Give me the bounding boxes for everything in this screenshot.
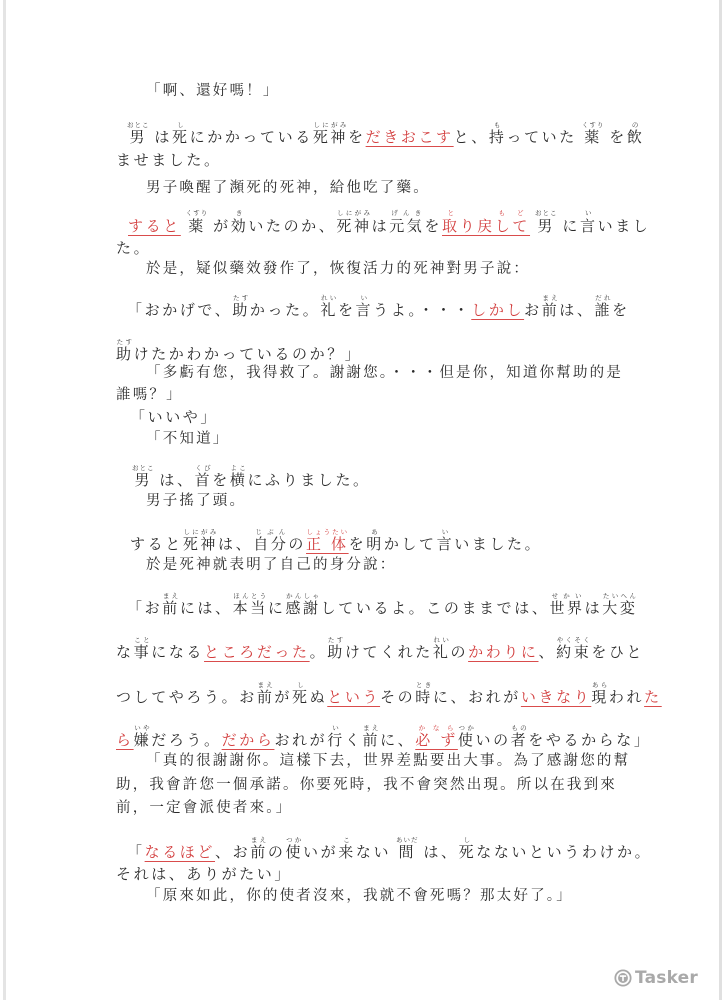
kanji-base: 現: [591, 688, 609, 706]
text-segment: 薬くすり: [584, 128, 602, 146]
text-segment: 助たす: [232, 301, 250, 319]
text-segment: 助，我會許您一個承諾。你要死時，我不會突然出現。所以在我到來: [116, 777, 617, 793]
text-segment: 男子喚醒了瀕死的死神，給他吃了藥。: [146, 180, 430, 196]
text-segment: の: [450, 643, 468, 661]
text-segment: いたのか、: [248, 217, 336, 235]
furigana-group: 正 体しょうたい: [306, 535, 349, 553]
text-segment: 本当ほんとう: [233, 599, 268, 617]
text-segment: をひと: [591, 643, 644, 661]
furigana-group: 薬くすり: [188, 217, 206, 235]
text-segment: けたかわかっているのか？」: [134, 345, 363, 363]
highlighted-vocab: という: [327, 688, 380, 706]
furigana-reading: も: [489, 121, 507, 129]
furigana-group: 男おとこ: [537, 217, 555, 235]
furigana-reading: じぶん: [253, 528, 288, 536]
text-line-l4: 男子喚醒了瀕死的死神，給他吃了藥。: [146, 181, 430, 196]
highlighted-vocab: かわりに: [468, 643, 538, 661]
furigana-group: 横よこ: [230, 471, 248, 489]
furigana-reading: まえ: [257, 681, 275, 689]
text-segment: かった。: [250, 301, 320, 319]
text-segment: を: [349, 535, 367, 553]
furigana-group: 死し: [459, 843, 477, 861]
kanji-base: 感謝: [285, 599, 320, 617]
text-line-l10: 「多虧有您，我得救了。謝謝您。・・・但是你，知道你幫助的是: [146, 366, 623, 381]
furigana-group: 世界せかい: [549, 599, 584, 617]
text-line-l27: 「原來如此，你的使者沒來，我就不會死嗎？那太好了。」: [146, 889, 573, 904]
furigana-reading: し: [459, 836, 477, 844]
furigana-reading: くすり: [582, 121, 605, 129]
text-segment: 。: [310, 643, 328, 661]
furigana-reading: だれ: [595, 294, 613, 302]
text-segment: 効き: [231, 217, 249, 235]
text-segment: 於是死神就表明了自己的身分說：: [146, 557, 397, 573]
furigana-reading: まえ: [362, 724, 380, 732]
text-segment: 礼れい: [433, 643, 451, 661]
text-segment: その: [380, 688, 415, 706]
furigana-group: 前まえ: [362, 731, 380, 749]
highlighted-vocab: すると: [128, 217, 181, 235]
text-line-l26: それは、ありがたい」: [116, 867, 292, 882]
text-segment: 男おとこ: [132, 471, 152, 489]
highlighted-vocab: 必 ずかなら: [415, 731, 458, 749]
text-segment: それは、ありがたい」: [116, 865, 292, 883]
highlighted-vocab: ところだった: [204, 643, 310, 661]
furigana-group: 死神しにがみ: [313, 128, 348, 146]
furigana-group: 助たす: [232, 301, 250, 319]
text-segment: おれが: [274, 731, 327, 749]
furigana-group: 感謝かんしゃ: [285, 599, 320, 617]
kanji-base: 前: [362, 731, 380, 749]
furigana-group: 使つか: [285, 843, 303, 861]
furigana-group: 本当ほんとう: [233, 599, 268, 617]
text-segment: 来こ: [338, 843, 356, 861]
text-segment: 明あ: [366, 535, 384, 553]
text-segment: いが: [303, 843, 338, 861]
kanji-base: 死: [459, 843, 477, 861]
text-segment: の: [268, 843, 286, 861]
text-segment: と、: [454, 128, 489, 146]
text-segment: 男おとこ: [537, 217, 555, 235]
text-segment: 「お: [127, 599, 162, 617]
kanji-base: 死神: [183, 535, 218, 553]
kanji-base: 時: [415, 688, 433, 706]
kanji-base: 助: [116, 345, 134, 363]
kanji-base: 礼: [433, 643, 451, 661]
text-segment: 「真的很謝謝你。這樣下去，世界差點要出大事。為了感謝您的幫: [146, 753, 630, 769]
text-segment: われ: [609, 688, 644, 706]
text-segment: 持も: [489, 128, 507, 146]
kanji-base: 前: [250, 843, 268, 861]
highlighted-vocab: なるほど: [145, 843, 215, 861]
text-segment: は、: [218, 535, 253, 553]
text-segment: 「いいや」: [130, 408, 218, 426]
text-segment: く: [345, 731, 363, 749]
text-segment: 前，一定會派使者來。」: [116, 800, 292, 816]
furigana-group: 助たす: [116, 345, 134, 363]
highlighted-vocab: た: [644, 688, 662, 706]
text-line-l22: 「真的很謝謝你。這樣下去，世界差點要出大事。為了感謝您的幫: [146, 754, 630, 769]
furigana-reading: まえ: [162, 592, 180, 600]
furigana-reading: い: [356, 294, 374, 302]
text-segment: 嫌いや: [134, 731, 152, 749]
kanji-base: 世界: [549, 599, 584, 617]
text-segment: 世界せかい: [549, 599, 584, 617]
furigana-group: 飲の: [627, 128, 645, 146]
text-line-l3: ませました。: [116, 153, 222, 168]
text-segment: 元気げんき: [389, 217, 424, 235]
text-segment: ませました。: [116, 151, 222, 169]
text-segment: は: [147, 128, 172, 146]
text-line-l17: 於是死神就表明了自己的身分說：: [146, 558, 397, 573]
text-line-l8: 「おかげで、助たすかった。礼れいを言いうよ。・・・しかしお前まえは、誰だれを: [127, 294, 630, 318]
kanji-base: 自分: [253, 535, 288, 553]
highlighted-vocab: いきなり: [521, 688, 591, 706]
furigana-reading: つか: [458, 724, 476, 732]
furigana-reading: あ: [366, 528, 384, 536]
highlighted-vocab: だきおこす: [366, 128, 454, 146]
furigana-group: 取り戻してと もど: [442, 217, 530, 235]
furigana-reading: おとこ: [132, 464, 155, 472]
text-segment: 約束やくそく: [556, 643, 591, 661]
text-segment: 薬くすり: [188, 217, 206, 235]
kanji-base: 言: [580, 217, 598, 235]
furigana-group: 自分じぶん: [253, 535, 288, 553]
kanji-base: 助: [232, 301, 250, 319]
text-segment: に、: [380, 731, 415, 749]
text-segment: 使つか: [458, 731, 476, 749]
text-line-l19: な事ことになるところだった。助たすけてくれた礼れいのかわりに、約束やくそくをひと: [116, 636, 644, 660]
text-segment: 行い: [327, 731, 345, 749]
text-segment: 言い: [356, 301, 374, 319]
text-line-l18: 「お前まえには、本当ほんとうに感謝かんしゃしているよ。このままでは、世界せかいは…: [127, 592, 637, 616]
furigana-reading: しにがみ: [313, 121, 348, 129]
kanji-base: 正 体: [306, 535, 349, 553]
text-segment: 死神しにがみ: [313, 128, 348, 146]
highlighted-vocab: 正 体しょうたい: [306, 535, 349, 553]
text-segment: 、: [539, 643, 557, 661]
text-segment: うよ。・・・: [373, 301, 471, 319]
text-line-l23: 助，我會許您一個承諾。你要死時，我不會突然出現。所以在我到來: [116, 778, 617, 793]
text-line-l6: た。: [116, 241, 151, 256]
furigana-group: 助たす: [327, 643, 345, 661]
text-segment: な: [116, 643, 134, 661]
text-segment: 大変たいへん: [602, 599, 637, 617]
text-segment: 「: [127, 843, 145, 861]
furigana-reading: おとこ: [127, 121, 150, 129]
text-segment: いの: [475, 731, 510, 749]
text-segment: 「不知道」: [146, 431, 230, 447]
text-segment: 者もの: [511, 731, 529, 749]
text-segment: ぬ: [310, 688, 328, 706]
furigana-group: 言い: [580, 217, 598, 235]
furigana-reading: まえ: [250, 836, 268, 844]
text-line-l13: 「不知道」: [146, 432, 230, 447]
kanji-base: 使: [458, 731, 476, 749]
text-segment: 誰嗎？」: [116, 387, 183, 403]
furigana-reading: しょうたい: [306, 528, 349, 536]
text-segment: にふりました。: [247, 471, 370, 489]
watermark: Tasker: [614, 965, 698, 991]
furigana-reading: つか: [285, 836, 303, 844]
furigana-group: 必 ずかなら: [415, 731, 458, 749]
furigana-reading: こ: [338, 836, 356, 844]
text-segment: 前まえ: [362, 731, 380, 749]
text-segment: を: [348, 128, 366, 146]
text-segment: 死し: [292, 688, 310, 706]
text-segment: には、: [180, 599, 233, 617]
furigana-reading: くすり: [186, 209, 209, 217]
kanji-base: 言: [356, 301, 374, 319]
text-segment: は、: [152, 471, 195, 489]
text-segment: に: [268, 599, 286, 617]
furigana-reading: しにがみ: [336, 209, 371, 217]
text-segment: 礼れい: [320, 301, 338, 319]
furigana-reading: い: [580, 209, 598, 217]
text-segment: 首くび: [195, 471, 213, 489]
furigana-reading: あいだ: [396, 836, 419, 844]
furigana-reading: たす: [232, 294, 250, 302]
text-line-l9: 助たすけたかわかっているのか？」: [116, 338, 362, 362]
kanji-base: 助: [327, 643, 345, 661]
furigana-reading: まえ: [542, 294, 560, 302]
kanji-base: 効: [231, 217, 249, 235]
text-segment: を: [612, 301, 630, 319]
text-segment: しているよ。このままでは、: [321, 599, 550, 617]
text-segment: をやるからな」: [528, 731, 651, 749]
furigana-reading: い: [437, 528, 455, 536]
furigana-reading: しにがみ: [183, 528, 218, 536]
text-segment: つしてやろう。お: [116, 688, 257, 706]
text-segment: いまし: [598, 217, 651, 235]
furigana-reading: いや: [134, 724, 152, 732]
text-segment: ない: [356, 843, 399, 861]
text-line-l16: すると死神しにがみは、自分じぶんの正 体しょうたいを明あかして言いいました。: [130, 528, 542, 552]
furigana-group: 前まえ: [542, 301, 560, 319]
furigana-group: 前まえ: [162, 599, 180, 617]
text-segment: 前まえ: [542, 301, 560, 319]
text-segment: は、: [559, 301, 594, 319]
furigana-reading: かなら: [415, 724, 458, 732]
furigana-group: 男おとこ: [132, 471, 152, 489]
text-segment: 男子搖了頭。: [146, 493, 246, 509]
kanji-base: 飲: [627, 128, 645, 146]
kanji-base: 誰: [595, 301, 613, 319]
kanji-base: 嫌: [134, 731, 152, 749]
furigana-reading: よこ: [230, 464, 248, 472]
text-segment: 時とき: [415, 688, 433, 706]
text-segment: 自分じぶん: [253, 535, 288, 553]
furigana-reading: おとこ: [535, 209, 558, 217]
furigana-reading: こと: [134, 636, 152, 644]
furigana-group: 元気げんき: [389, 217, 424, 235]
text-segment: 前まえ: [250, 843, 268, 861]
furigana-group: 誰だれ: [595, 301, 613, 319]
furigana-group: 首くび: [195, 471, 213, 489]
text-segment: に: [555, 217, 580, 235]
kanji-base: 横: [230, 471, 248, 489]
furigana-reading: し: [292, 681, 310, 689]
text-segment: 事こと: [134, 643, 152, 661]
furigana-group: 持も: [489, 128, 507, 146]
text-segment: を: [602, 128, 627, 146]
text-segment: は: [585, 599, 603, 617]
furigana-group: 嫌いや: [134, 731, 152, 749]
text-segment: た。: [116, 239, 151, 257]
text-segment: 使つか: [285, 843, 303, 861]
furigana-group: 効き: [231, 217, 249, 235]
text-line-l25: 「なるほど、お前まえの使つかいが来こない 間あいだ は、死しなないというわけか。: [127, 836, 652, 860]
text-segment: お: [524, 301, 542, 319]
text-segment: になる: [151, 643, 204, 661]
kanji-base: 使: [285, 843, 303, 861]
text-line-l11: 誰嗎？」: [116, 388, 183, 403]
furigana-group: 死し: [172, 128, 190, 146]
text-segment: 「おかげで、: [127, 301, 232, 319]
text-line-l5: すると 薬くすり が効きいたのか、死神しにがみは元気げんきを取り戻してと もど …: [128, 209, 650, 234]
furigana-group: 者もの: [511, 731, 529, 749]
furigana-group: 礼れい: [433, 643, 451, 661]
text-segment: 間あいだ: [398, 843, 416, 861]
text-segment: 言い: [437, 535, 455, 553]
kanji-base: 取り戻して: [442, 217, 530, 235]
kanji-base: 言: [437, 535, 455, 553]
text-line-l14: 男おとこ は、首くびを横よこにふりました。: [132, 464, 371, 488]
text-segment: 死神しにがみ: [183, 535, 218, 553]
kanji-base: 来: [338, 843, 356, 861]
highlighted-vocab: しかし: [471, 301, 524, 319]
text-segment: は、: [416, 843, 459, 861]
text-line-l21: ら嫌いやだろう。だからおれが行いく前まえに、必 ずかなら使つかいの者ものをやるか…: [116, 724, 651, 748]
text-segment: 前まえ: [162, 599, 180, 617]
text-line-l20: つしてやろう。お前まえが死しぬというその時ときに、おれがいきなり現あらわれた: [116, 681, 662, 705]
furigana-group: 前まえ: [250, 843, 268, 861]
text-segment: っていた: [506, 128, 584, 146]
text-line-l15: 男子搖了頭。: [146, 494, 246, 509]
furigana-group: 使つか: [458, 731, 476, 749]
text-segment: 前まえ: [257, 688, 275, 706]
furigana-reading: たす: [327, 636, 345, 644]
kanji-base: 持: [489, 128, 507, 146]
furigana-group: 明あ: [366, 535, 384, 553]
furigana-group: 前まえ: [257, 688, 275, 706]
furigana-reading: せかい: [549, 592, 584, 600]
text-segment: 男おとこ: [127, 128, 147, 146]
furigana-group: 礼れい: [320, 301, 338, 319]
text-segment: 於是，疑似藥效發作了，恢復活力的死神對男子說：: [146, 261, 530, 277]
kanji-base: 前: [542, 301, 560, 319]
furigana-group: 時とき: [415, 688, 433, 706]
furigana-reading: ほんとう: [233, 592, 268, 600]
kanji-base: 事: [134, 643, 152, 661]
text-segment: 「多虧有您，我得救了。謝謝您。・・・但是你，知道你幫助的是: [146, 365, 623, 381]
text-segment: は: [372, 217, 390, 235]
highlighted-vocab: ら: [116, 731, 134, 749]
furigana-reading: れい: [433, 636, 451, 644]
text-segment: すると: [130, 535, 183, 553]
text-line-l1: 「啊、還好嗎！」: [146, 84, 280, 99]
furigana-reading: き: [231, 209, 249, 217]
furigana-reading: げんき: [389, 209, 424, 217]
kanji-base: 元気: [389, 217, 424, 235]
watermark-label: Tasker: [635, 968, 698, 988]
kanji-base: 礼: [320, 301, 338, 319]
furigana-reading: の: [627, 121, 645, 129]
text-line-l2: 男おとこ は死しにかかっている死神しにがみをだきおこすと、持もっていた 薬くすり…: [127, 121, 644, 145]
text-segment: 死し: [459, 843, 477, 861]
kanji-base: 大変: [602, 599, 637, 617]
furigana-reading: あら: [591, 681, 609, 689]
text-segment: を: [424, 217, 442, 235]
furigana-group: 言い: [437, 535, 455, 553]
text-segment: だろう。: [151, 731, 221, 749]
page-edge-right: [719, 0, 722, 1000]
text-segment: 死し: [172, 128, 190, 146]
kanji-base: 前: [162, 599, 180, 617]
text-segment: を: [212, 471, 230, 489]
text-segment: 感謝かんしゃ: [285, 599, 320, 617]
furigana-group: 間あいだ: [398, 843, 416, 861]
text-segment: なないというわけか。: [476, 843, 652, 861]
kanji-base: 死: [172, 128, 190, 146]
text-segment: 死神しにがみ: [336, 217, 371, 235]
kanji-base: 明: [366, 535, 384, 553]
text-line-l7: 於是，疑似藥效發作了，恢復活力的死神對男子說：: [146, 262, 530, 277]
kanji-base: 本当: [233, 599, 268, 617]
text-segment: 誰だれ: [595, 301, 613, 319]
text-segment: けてくれた: [345, 643, 433, 661]
tasker-logo-icon: [614, 969, 632, 987]
text-segment: 現あら: [591, 688, 609, 706]
furigana-group: 約束やくそく: [556, 643, 591, 661]
text-segment: 言い: [580, 217, 598, 235]
text-segment: 「原來如此，你的使者沒來，我就不會死嗎？那太好了。」: [146, 888, 573, 904]
furigana-reading: と もど: [442, 209, 530, 217]
document-page: 「啊、還好嗎！」男おとこ は死しにかかっている死神しにがみをだきおこすと、持もっ…: [0, 0, 724, 1000]
furigana-group: 男おとこ: [127, 128, 147, 146]
text-segment: 横よこ: [230, 471, 248, 489]
text-segment: 助たす: [327, 643, 345, 661]
kanji-base: 死: [292, 688, 310, 706]
furigana-reading: もの: [511, 724, 529, 732]
kanji-base: 死神: [336, 217, 371, 235]
furigana-group: 来こ: [338, 843, 356, 861]
text-segment: を: [338, 301, 356, 319]
furigana-reading: とき: [415, 681, 433, 689]
furigana-reading: たいへん: [602, 592, 637, 600]
kanji-base: 死神: [313, 128, 348, 146]
furigana-group: 死し: [292, 688, 310, 706]
kanji-base: 首: [195, 471, 213, 489]
kanji-base: 約束: [556, 643, 591, 661]
kanji-base: 必 ず: [415, 731, 458, 749]
text-segment: に、おれが: [433, 688, 521, 706]
highlighted-vocab: 取り戻してと もど: [442, 217, 530, 235]
furigana-group: 現あら: [591, 688, 609, 706]
text-segment: いました。: [454, 535, 542, 553]
highlighted-vocab: だから: [222, 731, 275, 749]
text-segment: 助たす: [116, 345, 134, 363]
furigana-reading: い: [327, 724, 345, 732]
furigana-group: 大変たいへん: [602, 599, 637, 617]
furigana-group: 事こと: [134, 643, 152, 661]
text-segment: 「啊、還好嗎！」: [146, 83, 280, 99]
text-segment: にかかっている: [190, 128, 313, 146]
furigana-reading: かんしゃ: [285, 592, 320, 600]
furigana-reading: たす: [116, 338, 134, 346]
text-segment: が: [206, 217, 231, 235]
furigana-group: 言い: [356, 301, 374, 319]
text-line-l24: 前，一定會派使者來。」: [116, 801, 292, 816]
